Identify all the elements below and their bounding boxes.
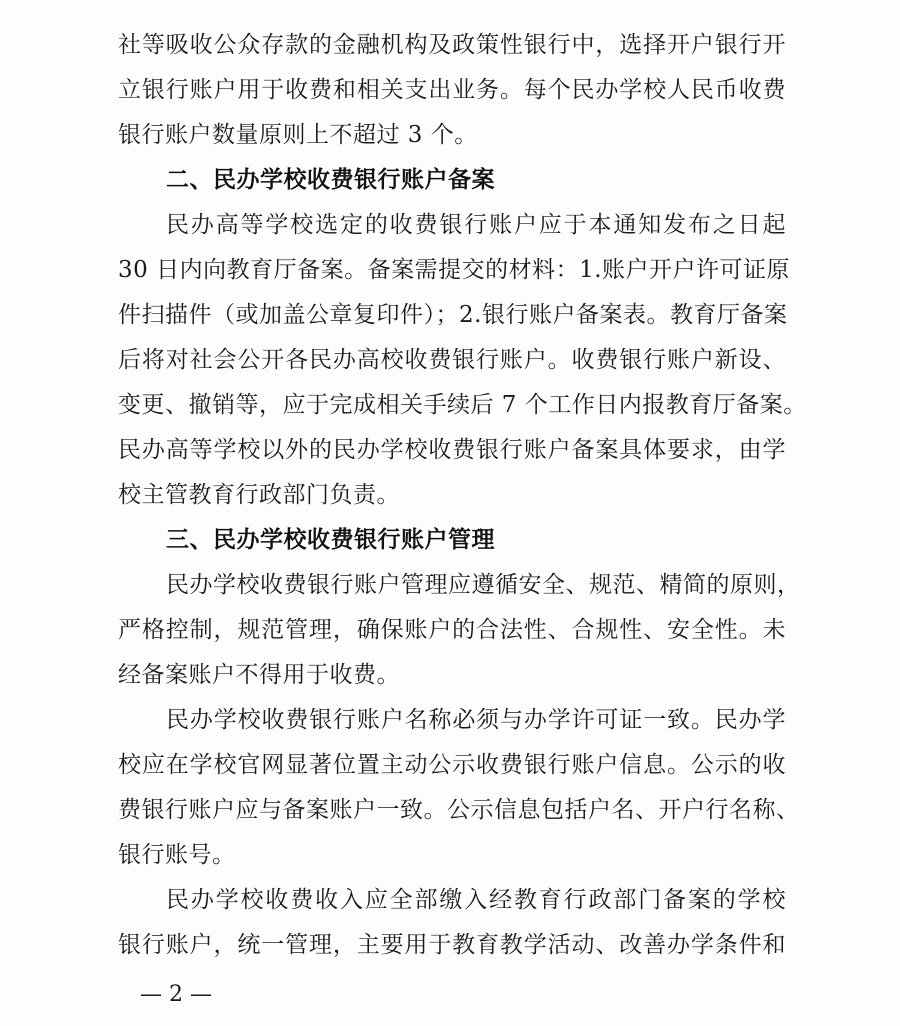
text-line: 费银行账户应与备案账户一致。公示信息包括户名、开户行名称、: [118, 793, 786, 827]
text-line: 变更、撤销等，应于完成相关手续后 7 个工作日内报教育厅备案。: [118, 388, 786, 422]
text-line: 银行账户数量原则上不超过 3 个。: [118, 118, 786, 152]
text-line: 件扫描件（或加盖公章复印件）；2.银行账户备案表。教育厅备案: [118, 298, 786, 332]
text-line: 校主管教育行政部门负责。: [118, 478, 786, 512]
text-line: 社等吸收公众存款的金融机构及政策性银行中，选择开户银行开: [118, 28, 786, 62]
text-line: 民办高等学校选定的收费银行账户应于本通知发布之日起: [166, 208, 786, 242]
text-line: 立银行账户用于收费和相关支出业务。每个民办学校人民币收费: [118, 73, 786, 107]
text-line: 30 日内向教育厅备案。备案需提交的材料：1.账户开户许可证原: [118, 253, 786, 287]
text-line: 严格控制，规范管理，确保账户的合法性、合规性、安全性。未: [118, 613, 786, 647]
section-heading: 三、民办学校收费银行账户管理: [166, 523, 495, 557]
text-line: 银行账号。: [118, 838, 786, 872]
text-line: 民办高等学校以外的民办学校收费银行账户备案具体要求，由学: [118, 433, 786, 467]
text-line: 银行账户，统一管理，主要用于教育教学活动、改善办学条件和: [118, 928, 786, 962]
text-line: 民办学校收费银行账户名称必须与办学许可证一致。民办学: [166, 703, 786, 737]
section-heading: 二、民办学校收费银行账户备案: [166, 163, 495, 197]
text-line: 校应在学校官网显著位置主动公示收费银行账户信息。公示的收: [118, 748, 786, 782]
page-number: — 2 —: [140, 980, 212, 1010]
document-page: 社等吸收公众存款的金融机构及政策性银行中，选择开户银行开 立银行账户用于收费和相…: [0, 0, 900, 1026]
text-line: 经备案账户不得用于收费。: [118, 658, 786, 692]
text-line: 民办学校收费银行账户管理应遵循安全、规范、精简的原则，: [166, 568, 786, 602]
text-line: 民办学校收费收入应全部缴入经教育行政部门备案的学校: [166, 883, 786, 917]
text-line: 后将对社会公开各民办高校收费银行账户。收费银行账户新设、: [118, 343, 786, 377]
